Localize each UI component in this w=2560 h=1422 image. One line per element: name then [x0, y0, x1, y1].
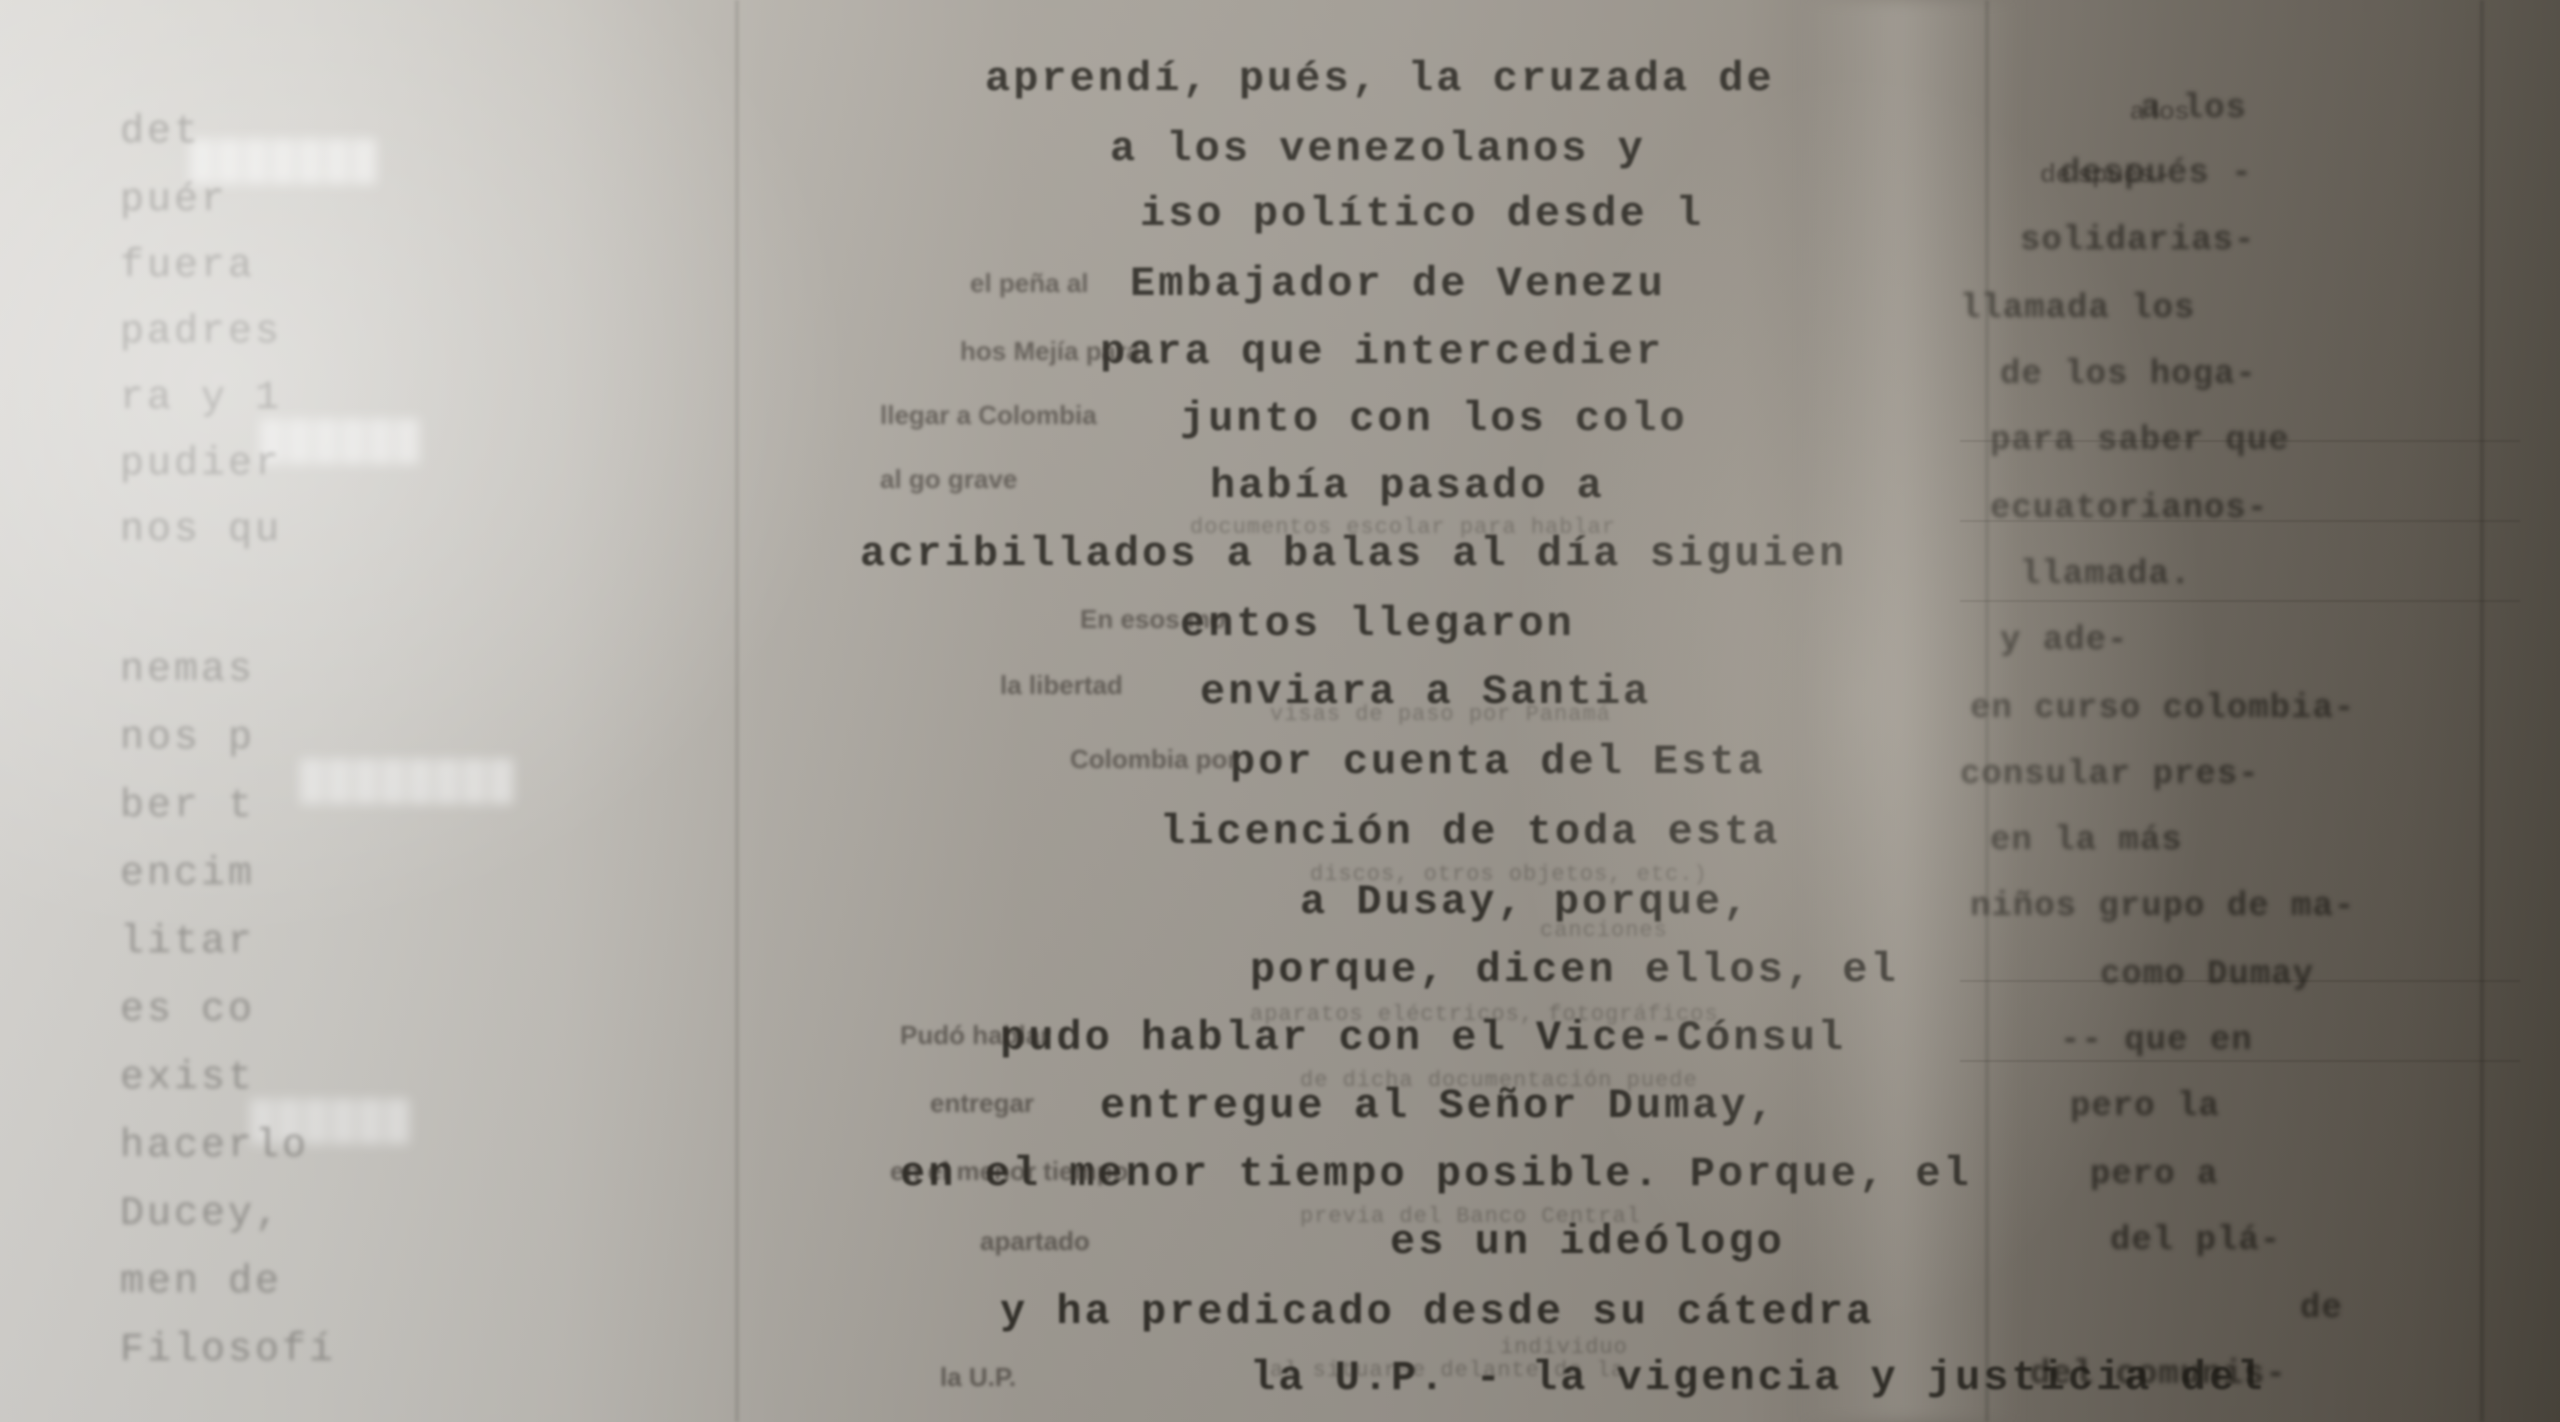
ruled-line: [1960, 1060, 2520, 1062]
center-line: pudo hablar con el Vice-Cónsul: [1000, 1014, 1846, 1062]
center-line: a los venezolanos y: [1110, 125, 1646, 173]
center-line: por cuenta del Esta: [1230, 738, 1766, 786]
center-line: Embajador de Venezu: [1130, 260, 1666, 308]
center-line: entregue al Señor Dumay,: [1100, 1082, 1777, 1130]
right-line: en curso colombia-: [1970, 690, 2355, 728]
overlay-line: hos Mejía para: [960, 336, 1141, 367]
left-line: hacerlo: [120, 1124, 309, 1169]
right-line: llamada los: [1960, 290, 2195, 328]
right-line: del plá-: [2110, 1222, 2281, 1260]
left-line: litar: [120, 920, 255, 965]
overlay-line: entregar: [930, 1088, 1034, 1119]
center-line: había pasado a: [1210, 462, 1605, 510]
right-line: -- que en: [2060, 1022, 2253, 1060]
left-line: det: [120, 110, 201, 155]
center-line: acribillados a balas al día siguien: [860, 530, 1847, 578]
center-line: es un ideólogo: [1390, 1218, 1785, 1266]
left-line: pudier: [120, 442, 282, 487]
document-photograph: ███████ ██████ ████████ ██████ det puér …: [0, 0, 2560, 1422]
right-line: de: [2300, 1290, 2343, 1328]
center-line: aprendí, pués, la cruzada de: [985, 55, 1775, 103]
left-line: Filosofí: [120, 1328, 336, 1373]
left-line: nos qu: [120, 508, 282, 553]
overlay-line: llegar a Colombia: [880, 400, 1097, 431]
left-line: ber t: [120, 784, 255, 829]
left-line: padres: [120, 310, 282, 355]
overlay-line: la libertad: [1000, 670, 1123, 701]
left-line: encim: [120, 852, 255, 897]
left-line: es co: [120, 988, 255, 1033]
overlay-line: el peña al: [970, 268, 1089, 299]
right-line: en la más: [1990, 822, 2183, 860]
left-line: fuera: [120, 244, 255, 289]
right-line: después -: [2060, 155, 2253, 193]
overlay-line: Pudó hablar: [900, 1020, 1050, 1051]
center-line: a Dusay, porque,: [1300, 878, 1751, 926]
right-line: y ade-: [2000, 622, 2128, 660]
center-line: junto con los colo: [1180, 395, 1688, 443]
center-line: iso político desde l: [1140, 190, 1704, 238]
right-line: a los: [2140, 90, 2247, 128]
right-line: llamada.: [2020, 556, 2191, 594]
right-line: del comunis-: [2030, 1356, 2287, 1394]
left-line: puér: [120, 178, 228, 223]
right-line: de los hoga-: [2000, 356, 2257, 394]
page-fold-left: [735, 0, 739, 1422]
left-line: men de: [120, 1260, 282, 1305]
center-line: licención de toda esta: [1160, 808, 1781, 856]
ruled-line: [1960, 600, 2520, 602]
left-line: exist: [120, 1056, 255, 1101]
left-line: nemas: [120, 648, 255, 693]
right-line: niños grupo de ma-: [1970, 888, 2355, 926]
right-page-text: a los después - solidarias- llamada los …: [0, 0, 38, 396]
ghost-line: ████████: [300, 760, 516, 805]
right-line: pero la: [2070, 1088, 2220, 1126]
center-line: enviara a Santia: [1200, 668, 1651, 716]
right-line: pero a: [2090, 1156, 2218, 1194]
right-line: solidarias-: [2020, 222, 2255, 260]
overlay-line: apartado: [980, 1226, 1090, 1257]
center-line: porque, dicen ellos, el: [1250, 946, 1899, 994]
right-line: para saber que: [1990, 422, 2290, 460]
ghost-line: ██████: [260, 420, 422, 465]
right-line: ecuatorianos-: [1990, 490, 2268, 528]
right-line: como Dumay: [2100, 956, 2314, 994]
overlay-line: al go grave: [880, 464, 1017, 495]
center-line: entos llegaron: [1180, 600, 1575, 648]
left-line: ra y 1: [120, 376, 282, 421]
overlay-line: en el menor tiempo: [890, 1156, 1128, 1187]
overlay-line: En esos mo: [1080, 604, 1226, 635]
overlay-line: Colombia por: [1070, 744, 1238, 775]
center-line: para que intercedier: [1100, 328, 1664, 376]
overlay-line: la U.P.: [940, 1362, 1016, 1393]
left-line: Ducey,: [120, 1192, 282, 1237]
page-edge-far-right: [2480, 0, 2484, 1422]
left-line: nos p: [120, 716, 255, 761]
center-line: y ha predicado desde su cátedra: [1000, 1288, 1874, 1336]
right-line: consular pres-: [1960, 756, 2260, 794]
